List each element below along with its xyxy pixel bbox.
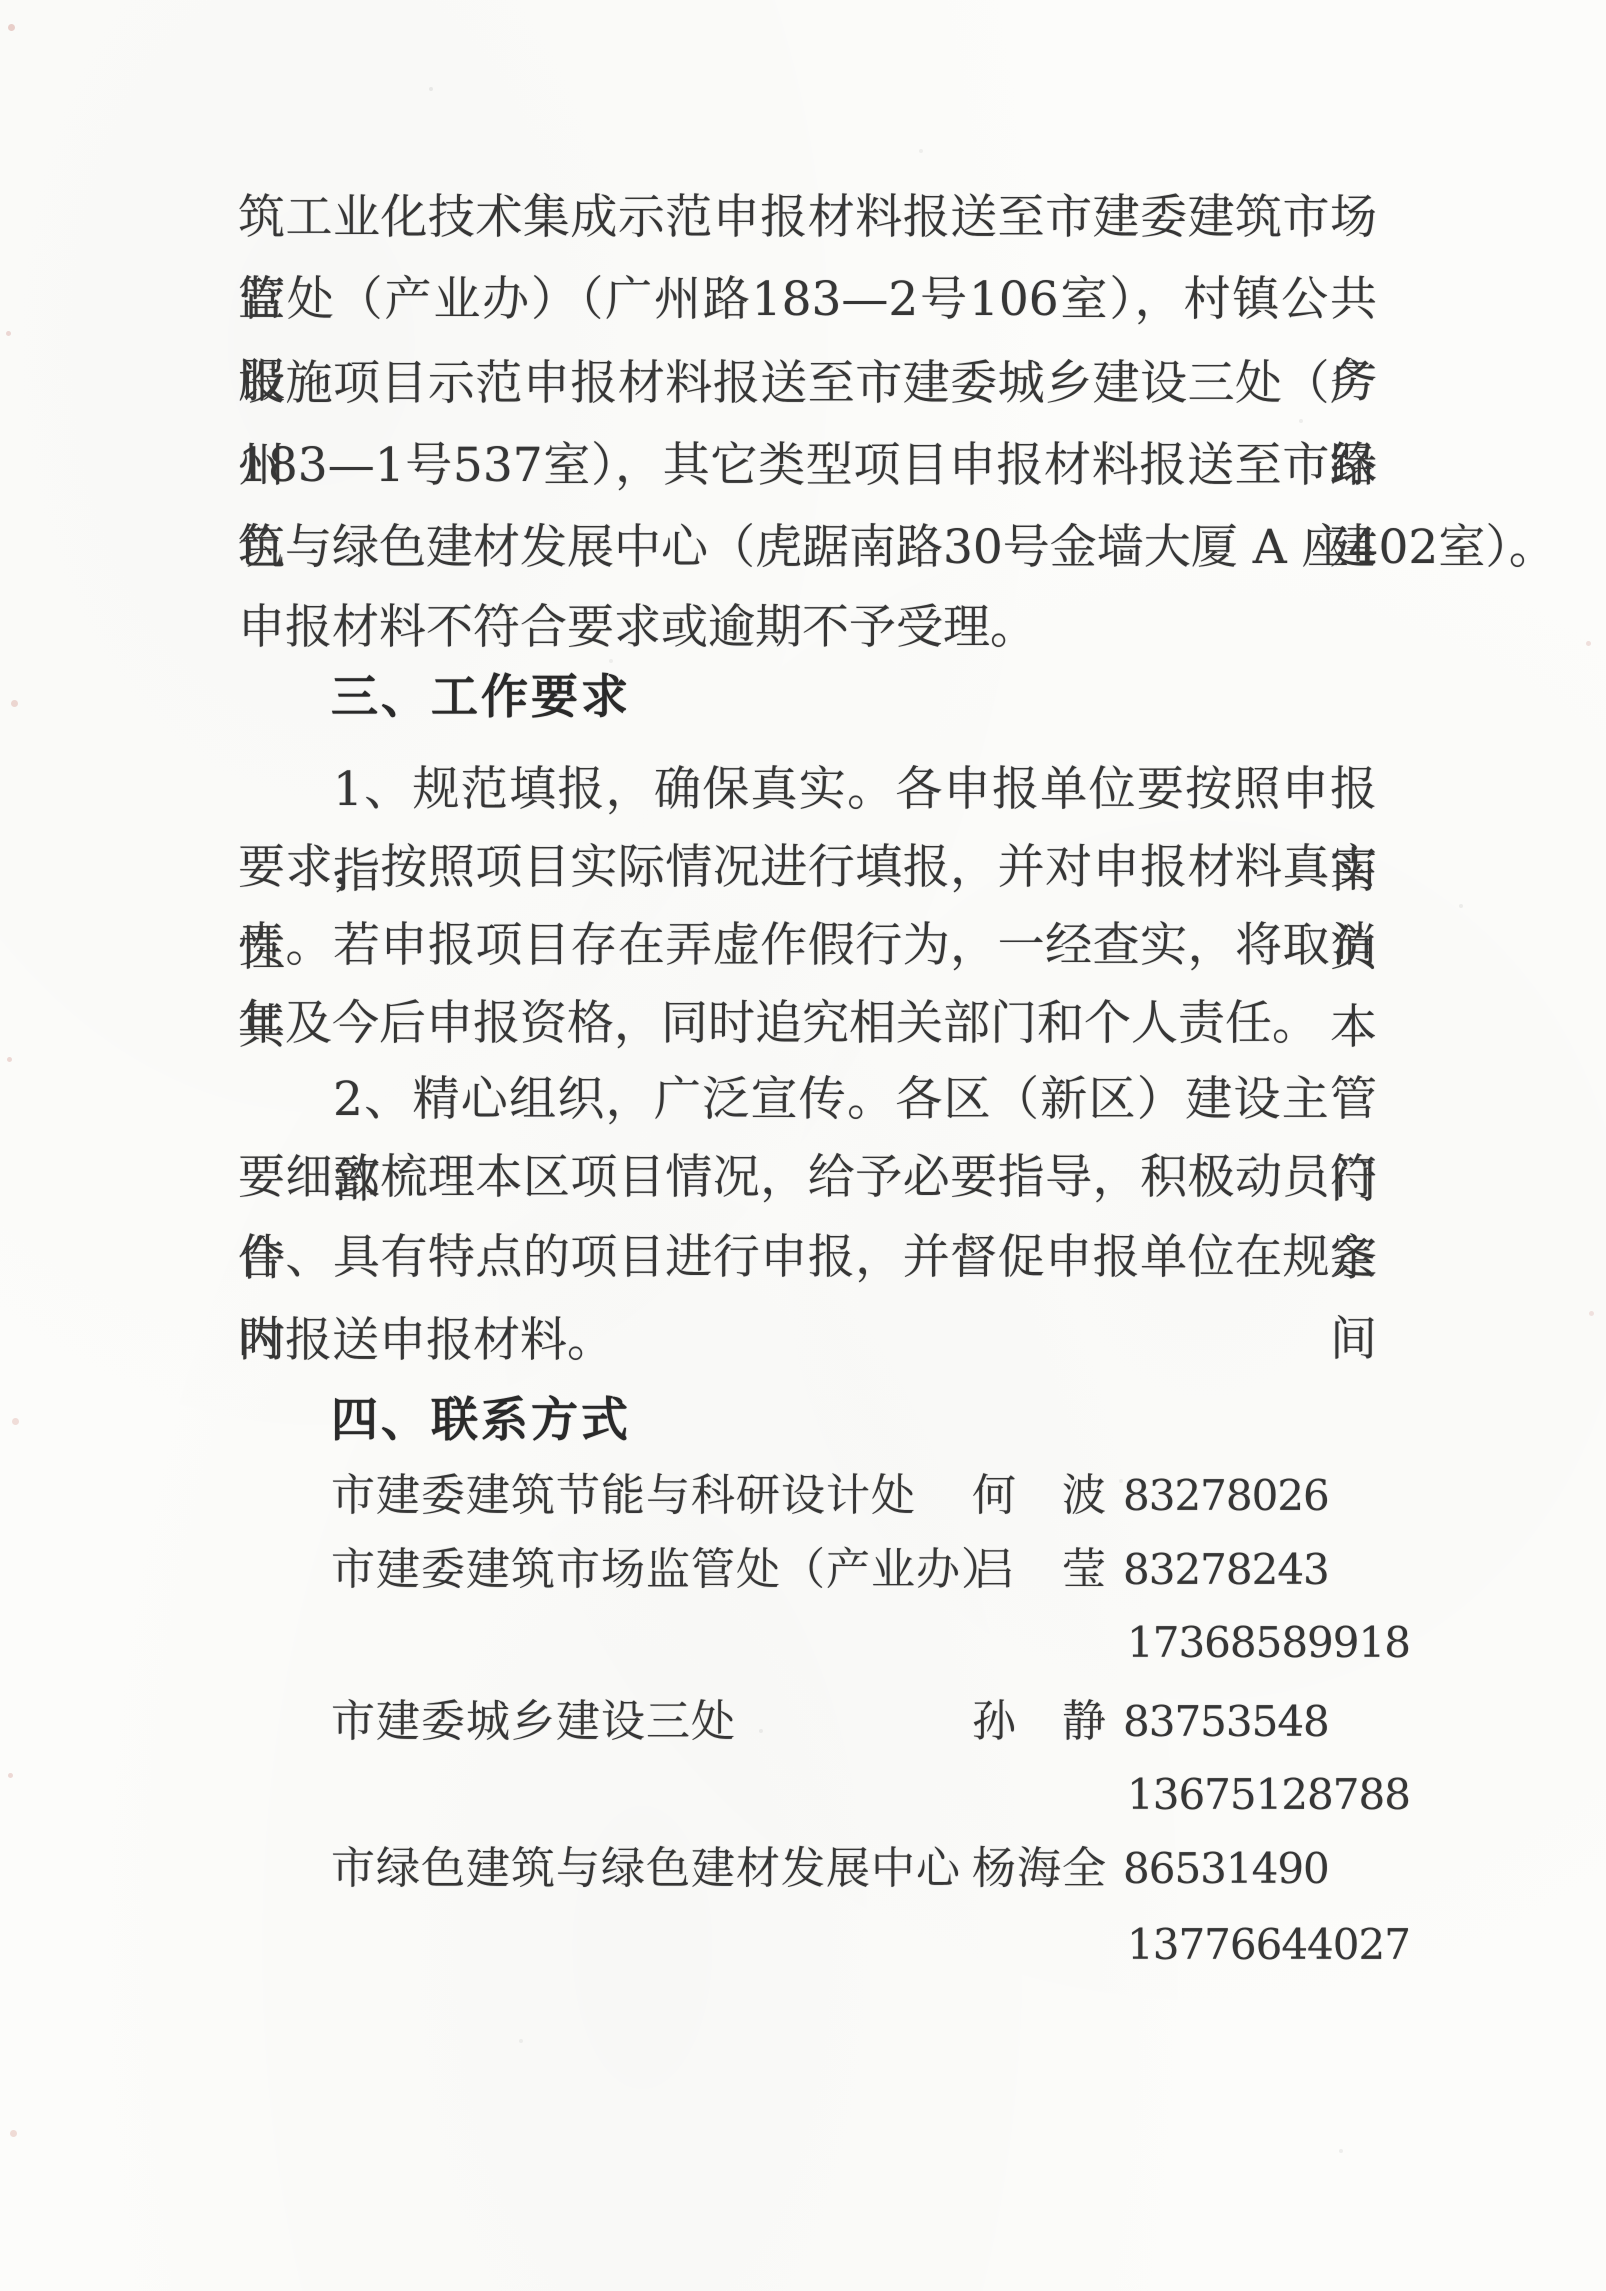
section-heading-work-requirements: 三、工作要求 <box>331 656 631 738</box>
section-heading-contact-info: 四、联系方式 <box>331 1379 631 1461</box>
contact-department: 市建委建筑市场监管处（产业办） <box>331 1529 1006 1611</box>
contact-row: 市建委城乡建设三处 孙 静 83753548 <box>331 1681 1451 1763</box>
body-line: 内报送申报材料。 <box>238 1300 1377 1382</box>
scan-noise-specks <box>0 0 2 2</box>
body-line: 责。若申报项目存在弄虚作假行为，一经查实，将取消其本 <box>238 905 1377 987</box>
document-page: 筑工业化技术集成示范申报材料报送至市建委建筑市场监 管处（产业办）（广州路183… <box>0 0 1606 2291</box>
body-line: 要求，按照项目实际情况进行填报，并对申报材料真实性负 <box>238 827 1377 909</box>
body-line: 设施项目示范申报材料报送至市建委城乡建设三处（广州路 <box>238 343 1377 425</box>
contact-name: 何 波 <box>972 1455 1106 1537</box>
body-line: 管处（产业办）（广州路183—2号106室），村镇公共服务 <box>238 259 1377 341</box>
contact-department: 市绿色建筑与绿色建材发展中心 <box>331 1828 961 1910</box>
contact-mobile: 17368589918 <box>1127 1602 1410 1684</box>
contact-name: 吕 莹 <box>972 1529 1106 1611</box>
contact-phone: 86531490 <box>1123 1828 1329 1910</box>
body-line: 2、精心组织，广泛宣传。各区（新区）建设主管部门 <box>238 1059 1377 1141</box>
body-line: 筑工业化技术集成示范申报材料报送至市建委建筑市场监 <box>238 177 1377 259</box>
contact-mobile: 13675128788 <box>1127 1754 1410 1836</box>
contact-department: 市建委城乡建设三处 <box>331 1681 736 1763</box>
contact-phone: 83278243 <box>1123 1529 1329 1611</box>
contact-phone: 83753548 <box>1123 1681 1329 1763</box>
contact-row: 市建委建筑市场监管处（产业办） 吕 莹 83278243 <box>331 1529 1451 1611</box>
contact-name: 杨海全 <box>972 1828 1106 1910</box>
body-line: 件、具有特点的项目进行申报，并督促申报单位在规定时间 <box>238 1217 1377 1299</box>
contact-row: 市建委建筑节能与科研设计处 何 波 83278026 <box>331 1455 1451 1537</box>
body-line: 筑与绿色建材发展中心（虎踞南路30号金墙大厦 A 座402室）。 <box>238 507 1377 589</box>
contact-row: 市绿色建筑与绿色建材发展中心 杨海全 86531490 <box>331 1828 1451 1910</box>
body-line: 1、规范填报，确保真实。各申报单位要按照申报指南 <box>238 749 1377 831</box>
body-line: 要细致梳理本区项目情况，给予必要指导，积极动员符合条 <box>238 1137 1377 1219</box>
contact-name: 孙 静 <box>972 1681 1106 1763</box>
contact-phone: 83278026 <box>1123 1455 1329 1537</box>
body-line: 183—1号537室），其它类型项目申报材料报送至市绿色建 <box>238 425 1377 507</box>
contact-department: 市建委建筑节能与科研设计处 <box>331 1455 916 1537</box>
body-line: 年及今后申报资格，同时追究相关部门和个人责任。 <box>238 983 1377 1065</box>
contact-mobile: 13776644027 <box>1127 1904 1410 1986</box>
scan-artifact-specks <box>0 0 3 3</box>
